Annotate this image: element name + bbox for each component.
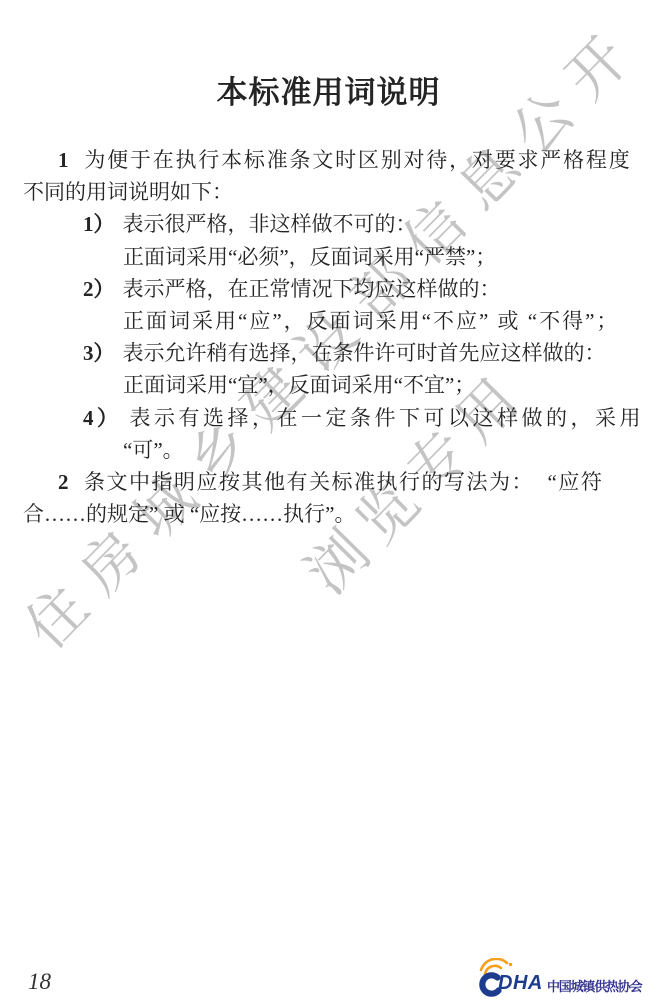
line-text: 表示允许稍有选择，在条件许可时首先应这样做的： <box>123 341 606 365</box>
cdha-logo-text: DHA <box>498 972 543 995</box>
text-line: 正面词采用“应”，反面词采用“不应” 或 “不得”； <box>0 305 657 337</box>
association-name: 中国城镇供热协会 <box>547 976 641 995</box>
list-number: 2） <box>83 273 115 305</box>
text-line: 正面词采用“宜”，反面词采用“不宜”； <box>0 369 657 401</box>
line-text: 为便于在执行本标准条文时区别对待，对要求严格程度 <box>84 148 631 172</box>
logo-wave-outer <box>481 959 507 970</box>
association-logo: DHA 中国城镇供热协会 <box>477 958 657 1002</box>
text-line: 2条文中指明应按其他有关标准执行的写法为： “应符 <box>0 466 657 498</box>
logo-wave-dot <box>509 963 512 966</box>
line-text: 表示很严格，非这样做不可的： <box>123 212 417 236</box>
line-text: 正面词采用“应”，反面词采用“不应” 或 “不得”； <box>123 309 619 333</box>
list-number: 1） <box>83 208 115 240</box>
clause-number: 2 <box>58 466 70 498</box>
text-line: 3）表示允许稍有选择，在条件许可时首先应这样做的： <box>0 337 657 369</box>
line-text: 合……的规定” 或 “应按……执行”。 <box>23 502 355 526</box>
list-number: 4） <box>83 402 122 434</box>
line-text: 正面词采用“宜”，反面词采用“不宜”； <box>123 373 475 397</box>
text-line: 不同的用词说明如下： <box>0 176 657 208</box>
line-text: 不同的用词说明如下： <box>23 180 233 204</box>
page-title: 本标准用词说明 <box>0 73 657 113</box>
text-line: 1为便于在执行本标准条文时区别对待，对要求严格程度 <box>0 144 657 176</box>
document-body: 1为便于在执行本标准条文时区别对待，对要求严格程度 不同的用词说明如下： 1）表… <box>0 144 657 530</box>
line-text: “可”。 <box>123 438 184 462</box>
text-line: “可”。 <box>0 434 657 466</box>
logo-c-swoosh <box>482 975 498 993</box>
text-line: 正面词采用“必须”，反面词采用“严禁”； <box>0 241 657 273</box>
text-line: 合……的规定” 或 “应按……执行”。 <box>0 498 657 530</box>
list-number: 3） <box>83 337 115 369</box>
page-number: 18 <box>28 969 51 995</box>
clause-number: 1 <box>58 144 70 176</box>
line-text: 表示严格，在正常情况下均应这样做的： <box>123 277 501 301</box>
text-line: 1）表示很严格，非这样做不可的： <box>0 208 657 240</box>
document-page: 住房城乡建设部信息公开 浏览专用 本标准用词说明 1为便于在执行本标准条文时区别… <box>0 0 657 1008</box>
line-text: 条文中指明应按其他有关标准执行的写法为： “应符 <box>84 470 603 494</box>
line-text: 正面词采用“必须”，反面词采用“严禁”； <box>123 245 496 269</box>
line-text: 表示有选择，在一定条件下可以这样做的，采用 <box>130 406 645 430</box>
text-line: 4）表示有选择，在一定条件下可以这样做的，采用 <box>0 402 657 434</box>
text-line: 2）表示严格，在正常情况下均应这样做的： <box>0 273 657 305</box>
